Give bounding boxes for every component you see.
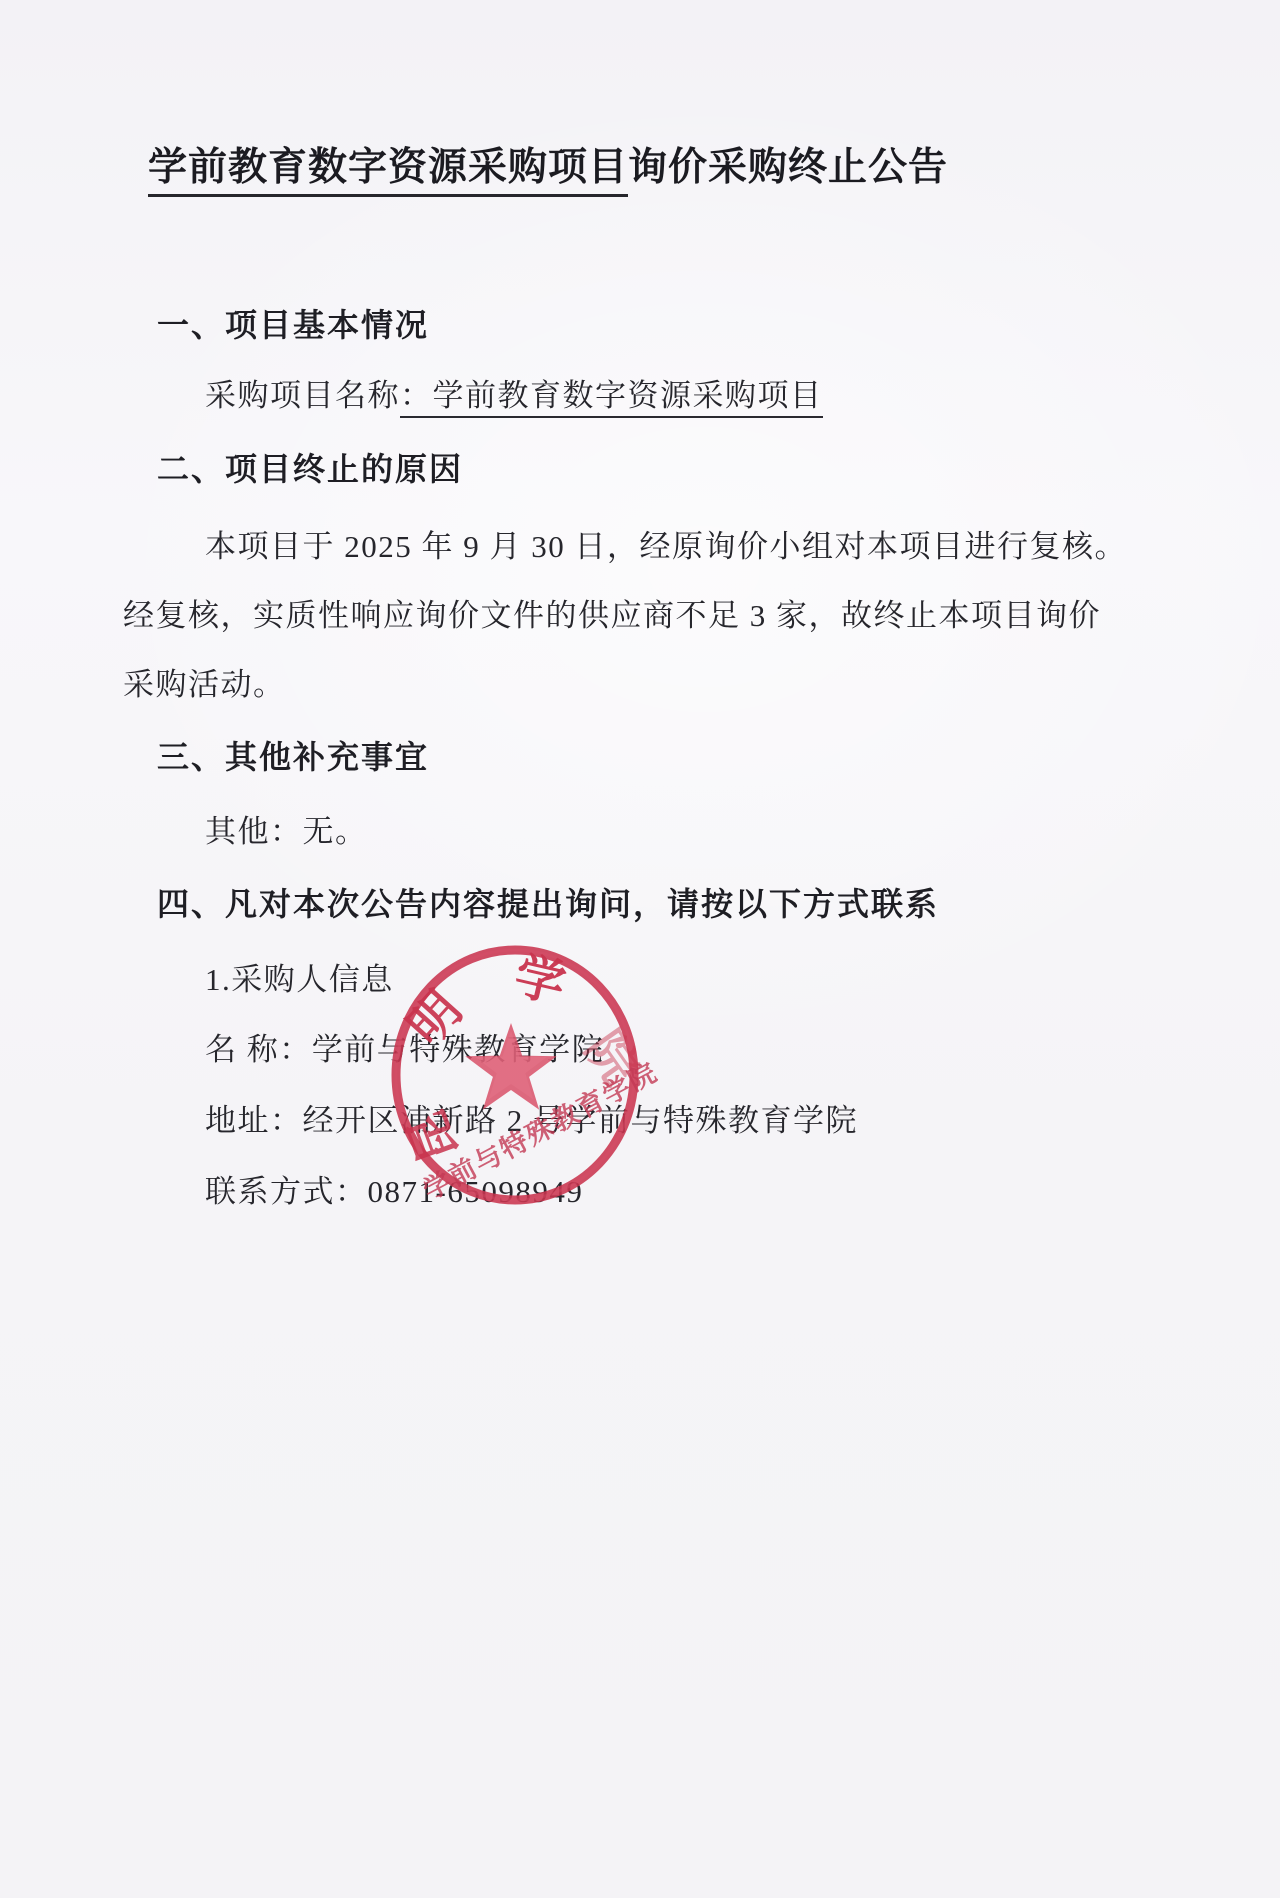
title-rest-part: 询价采购终止公告 xyxy=(628,146,948,189)
buyer-name-line: 名 称：学前与特殊教育学院 xyxy=(205,1024,604,1069)
buyer-address-line: 地址：经开区浦新路 2 号学前与特殊教育学院 xyxy=(205,1095,858,1140)
document-title: 学前教育数字资源采购项目询价采购终止公告 xyxy=(123,136,973,192)
termination-paragraph-line-3: 采购活动。 xyxy=(123,659,286,704)
termination-paragraph-line-2: 经复核，实质性响应询价文件的供应商不足 3 家，故终止本项目询价 xyxy=(123,590,1101,635)
section-1-heading: 一、项目基本情况 xyxy=(157,300,429,346)
buyer-contact-line: 联系方式：0871-65098949 xyxy=(205,1166,583,1211)
project-name-value: ：学前教育数字资源采购项目 xyxy=(400,378,823,418)
section-4-heading: 四、凡对本次公告内容提出询问，请按以下方式联系 xyxy=(157,879,939,925)
seal-ring-char-top: 学 xyxy=(509,947,570,1013)
buyer-info-label: 1.采购人信息 xyxy=(205,954,394,999)
project-name-line: 采购项目名称：学前教育数字资源采购项目 xyxy=(205,370,823,415)
section-2-heading: 二、项目终止的原因 xyxy=(157,444,463,490)
other-matters-line: 其他：无。 xyxy=(205,806,368,851)
title-underlined-part: 学前教育数字资源采购项目 xyxy=(148,146,628,197)
seal-ring-blur xyxy=(396,950,634,1200)
section-3-heading: 三、其他补充事宜 xyxy=(157,732,429,778)
project-name-label: 采购项目名称 xyxy=(205,378,400,413)
scanned-document-page: 学前教育数字资源采购项目询价采购终止公告 一、项目基本情况 采购项目名称：学前教… xyxy=(0,0,1280,1898)
termination-paragraph-line-1: 本项目于 2025 年 9 月 30 日，经原询价小组对本项目进行复核。 xyxy=(205,521,1127,566)
seal-ring xyxy=(396,950,634,1200)
